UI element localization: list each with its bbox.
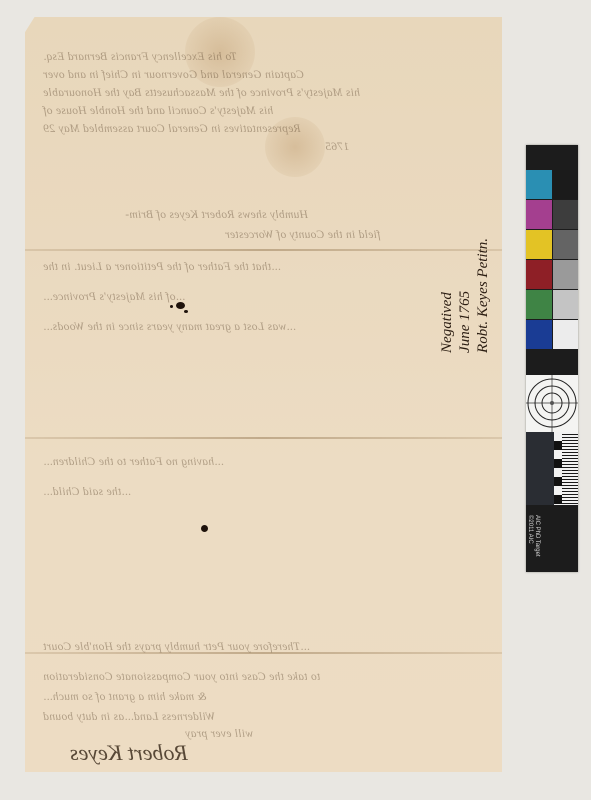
magenta-patch xyxy=(526,200,552,229)
signature-bleed: Robert Keyes xyxy=(70,740,188,766)
bleed-line: Representatives in General Court assembl… xyxy=(43,124,301,136)
bleed-line: ...of his Majesty's Province... xyxy=(43,292,185,304)
bleed-line: ...that the Father of the Petitioner a L… xyxy=(43,262,281,274)
scale-ruler xyxy=(526,432,578,505)
target-label-copyright: ©2011 AIC xyxy=(526,515,533,557)
ink-blot xyxy=(176,302,185,309)
grey-patch xyxy=(553,290,578,319)
ink-blot xyxy=(201,525,208,532)
bleed-line: ...Therefore your Petr humbly prays the … xyxy=(43,642,310,654)
ink-blot xyxy=(170,305,173,308)
red-patch xyxy=(526,260,552,289)
cyan-patch xyxy=(526,170,552,199)
green-patch xyxy=(526,290,552,319)
docket-date: June 1765 xyxy=(456,238,474,353)
docket: Robt. Keyes Petitn. June 1765 Negatived xyxy=(438,238,492,353)
ink-blot xyxy=(184,310,188,313)
bleed-line: Wilderness Land...as in duty bound xyxy=(43,712,215,724)
bleed-line: Captain General and Governour in Chief i… xyxy=(43,70,304,82)
target-label: AIC PhD Target ©2011 AIC xyxy=(526,515,540,557)
bleed-line: 1765 xyxy=(325,142,349,154)
bleed-line: his Majesty's Council and the Honble Hou… xyxy=(43,106,273,118)
docket-title: Robt. Keyes Petitn. xyxy=(474,238,492,353)
grey-patch xyxy=(553,320,578,349)
grey-patch xyxy=(553,230,578,259)
color-target-card: AIC PhD Target ©2011 AIC xyxy=(526,145,578,572)
docket-status: Negatived xyxy=(438,238,456,353)
fold-line xyxy=(25,249,502,251)
fold-line xyxy=(25,437,502,439)
ruler-ticks xyxy=(562,432,578,505)
bleed-line: ...the said Child... xyxy=(43,487,131,499)
grey-patch xyxy=(553,170,578,199)
grey-patch xyxy=(553,200,578,229)
bleed-line: his Majesty's Province of the Massachuse… xyxy=(43,88,360,100)
target-label-name: AIC PhD Target xyxy=(533,515,540,557)
bleed-line: will ever pray xyxy=(185,729,253,741)
yellow-patch xyxy=(526,230,552,259)
manuscript-page: To his Excellency Francis Bernard Esq. C… xyxy=(25,17,502,772)
bullseye-target xyxy=(526,375,578,432)
bleed-line: to take the Case into your Compassionate… xyxy=(43,672,320,684)
ruler-blocks xyxy=(554,432,562,505)
bullseye-icon xyxy=(526,375,578,432)
bleed-line: ...was Lost a great many years since in … xyxy=(43,322,296,334)
bleed-line: field in the County of Worcester xyxy=(225,230,380,242)
grey-patch xyxy=(553,260,578,289)
bleed-line: To his Excellency Francis Bernard Esq. xyxy=(43,52,237,64)
bleed-line: ...having no Father to the Children... xyxy=(43,457,224,469)
bleed-line: & make him a grant of so much... xyxy=(43,692,207,704)
blue-patch xyxy=(526,320,552,349)
bleed-line: Humbly shews Robert Keyes of Brim- xyxy=(125,210,308,222)
